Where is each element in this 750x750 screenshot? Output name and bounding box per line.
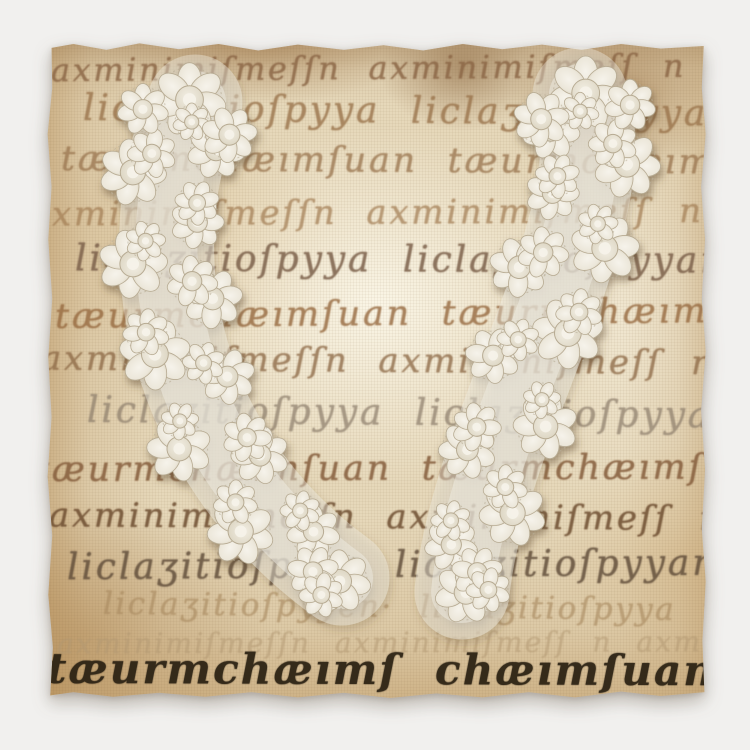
script-row: axminimiſmeſſn axminimiſmeſſ n axminimiſ… [51, 45, 707, 89]
script-row: liclaʒitioſpyya liclaʒitioſpyyan liclaʒi… [75, 238, 707, 282]
script-row: liclaʒitioſpyya liclaʒitioſpyyan liclaʒi… [83, 88, 707, 137]
script-row: tæurmchæımſuan tæurmchæımſuar tæurmchæım… [61, 139, 707, 185]
script-row: tæurmchæımſuan tæurmchæımſuar tæurmchæım… [47, 446, 707, 490]
photo-background: axminimiſmeſſn axminimiſmeſſ n axminimiſ… [0, 0, 750, 750]
script-row: liclaʒitioſpyyen· liclaʒitioſpyya ticlaʒ… [103, 586, 707, 630]
script-row: liclaʒitioſpyya liclaʒitioſpyyan liclaʒi… [67, 541, 707, 589]
script-row: axminimiſmeſſn axminimiſmeſſ n axminimiſ… [49, 495, 707, 540]
fabric-panel: axminimiſmeſſn axminimiſmeſſ n axminimiſ… [47, 42, 707, 700]
fabric-panel-shadow: axminimiſmeſſn axminimiſmeſſ n axminimiſ… [47, 42, 707, 700]
script-row: liclaʒitioſpyya liclaʒitioſpyyan liclaʒi… [87, 390, 707, 439]
script-row: axminimiſmeſſn axminimiſmeſſ n axminimiſ… [47, 189, 707, 234]
script-row: axminimiſmeſſn axminimiſmeſſ n axminimiſ… [47, 339, 707, 386]
script-row: tæurmchæımſ chæımſuan·tæurmchæımſuanta [47, 644, 707, 697]
calligraphy-text: axminimiſmeſſn axminimiſmeſſ n axminimiſ… [47, 42, 707, 700]
script-row: tæurmchæımſuan tæurmchæımſuar tæurmchæım… [55, 287, 707, 337]
